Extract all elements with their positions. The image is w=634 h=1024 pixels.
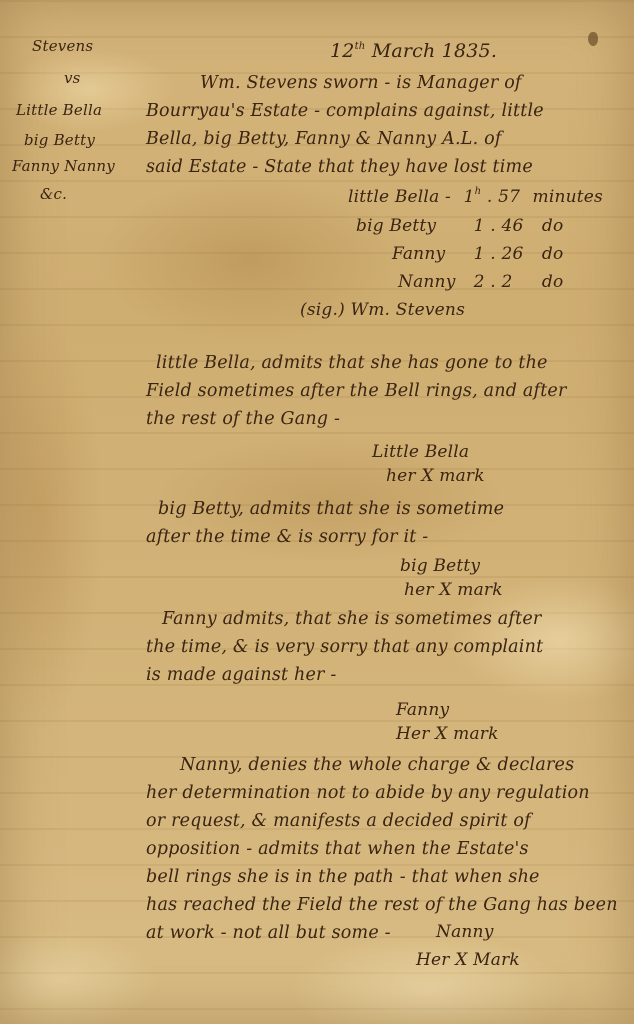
mark-fanny-name: Fanny (396, 700, 449, 720)
mark-nanny-name: Nanny (436, 922, 494, 942)
statement-fanny-line-3: is made against her - (146, 664, 336, 686)
lost-time-hours: 1 (464, 187, 475, 207)
mark-fanny-mark: Her X mark (396, 724, 499, 744)
statement-bella-line-2: Field sometimes after the Bell rings, an… (146, 380, 567, 402)
mark-bella-mark: her X mark (386, 466, 485, 486)
lost-time-minutes: . 2 (490, 272, 536, 292)
statement-nanny-line-4: opposition - admits that when the Estate… (146, 838, 529, 860)
date-day-suffix: th (355, 41, 366, 52)
statement-betty-line-2: after the time & is sorry for it - (146, 526, 428, 548)
lost-time-row: Nanny 2 . 2 do (398, 272, 563, 292)
lost-time-row: big Betty 1 . 46 do (356, 216, 563, 236)
statement-nanny-line-3: or request, & manifests a decided spirit… (146, 810, 531, 832)
lost-time-minutes: . 46 (490, 216, 536, 236)
manuscript-page: Stevens vs Little Bella big Betty Fanny … (0, 0, 634, 1024)
lost-time-minutes: . 57 (487, 187, 527, 207)
statement-nanny-line-6: has reached the Field the rest of the Ga… (146, 894, 618, 916)
ink-blot (588, 32, 598, 46)
mark-betty-name: big Betty (400, 556, 480, 576)
statement-bella-line-3: the rest of the Gang - (146, 408, 340, 430)
lost-time-name: little Bella - (348, 187, 458, 207)
statement-fanny-line-2: the time, & is very sorry that any compl… (146, 636, 543, 658)
margin-note-etc: &c. (40, 184, 67, 204)
complaint-line-2: Bourryau's Estate - complains against, l… (146, 100, 544, 122)
lost-time-row: little Bella - 1h . 57 minutes (348, 186, 603, 207)
lost-time-unit: minutes (533, 187, 603, 207)
lost-time-unit: do (542, 216, 564, 236)
statement-nanny-line-2: her determination not to abide by any re… (146, 782, 590, 804)
mark-bella-name: Little Bella (372, 442, 469, 462)
margin-note-defendant-2: big Betty (24, 130, 95, 150)
lost-time-hours: 1 (474, 216, 485, 236)
complaint-line-3: Bella, big Betty, Fanny & Nanny A.L. of (146, 128, 502, 150)
lost-time-hours: 1 (474, 244, 485, 264)
mark-betty-mark: her X mark (404, 580, 503, 600)
margin-note-defendant-3: Fanny Nanny (12, 156, 115, 176)
lost-time-name: Fanny (392, 244, 468, 264)
statement-betty-line-1: big Betty, admits that she is sometime (158, 498, 504, 520)
document-date: 12th March 1835. (330, 40, 497, 62)
statement-bella-line-1: little Bella, admits that she has gone t… (156, 352, 548, 374)
margin-note-defendant-1: Little Bella (16, 100, 102, 120)
margin-note-versus: vs (64, 68, 81, 88)
statement-fanny-line-1: Fanny admits, that she is sometimes afte… (162, 608, 541, 630)
statement-nanny-line-7: at work - not all but some - (146, 922, 391, 944)
lost-time-unit: do (542, 272, 564, 292)
lost-time-minutes: . 26 (490, 244, 536, 264)
date-day: 12 (330, 40, 355, 62)
lost-time-name: Nanny (398, 272, 468, 292)
lost-time-name: big Betty (356, 216, 468, 236)
complaint-line-1: Wm. Stevens sworn - is Manager of (200, 72, 522, 94)
date-month-year: March 1835. (372, 40, 497, 62)
lost-time-row: Fanny 1 . 26 do (392, 244, 563, 264)
statement-nanny-line-5: bell rings she is in the path - that whe… (146, 866, 540, 888)
lost-time-hours-suffix: h (475, 186, 482, 197)
complaint-line-4: said Estate - State that they have lost … (146, 156, 533, 178)
statement-nanny-line-1: Nanny, denies the whole charge & declare… (180, 754, 574, 776)
margin-note-plaintiff: Stevens (32, 36, 93, 56)
mark-nanny-mark: Her X Mark (416, 950, 520, 970)
lost-time-hours: 2 (474, 272, 485, 292)
manager-signature: (sig.) Wm. Stevens (300, 300, 465, 320)
lost-time-unit: do (542, 244, 564, 264)
